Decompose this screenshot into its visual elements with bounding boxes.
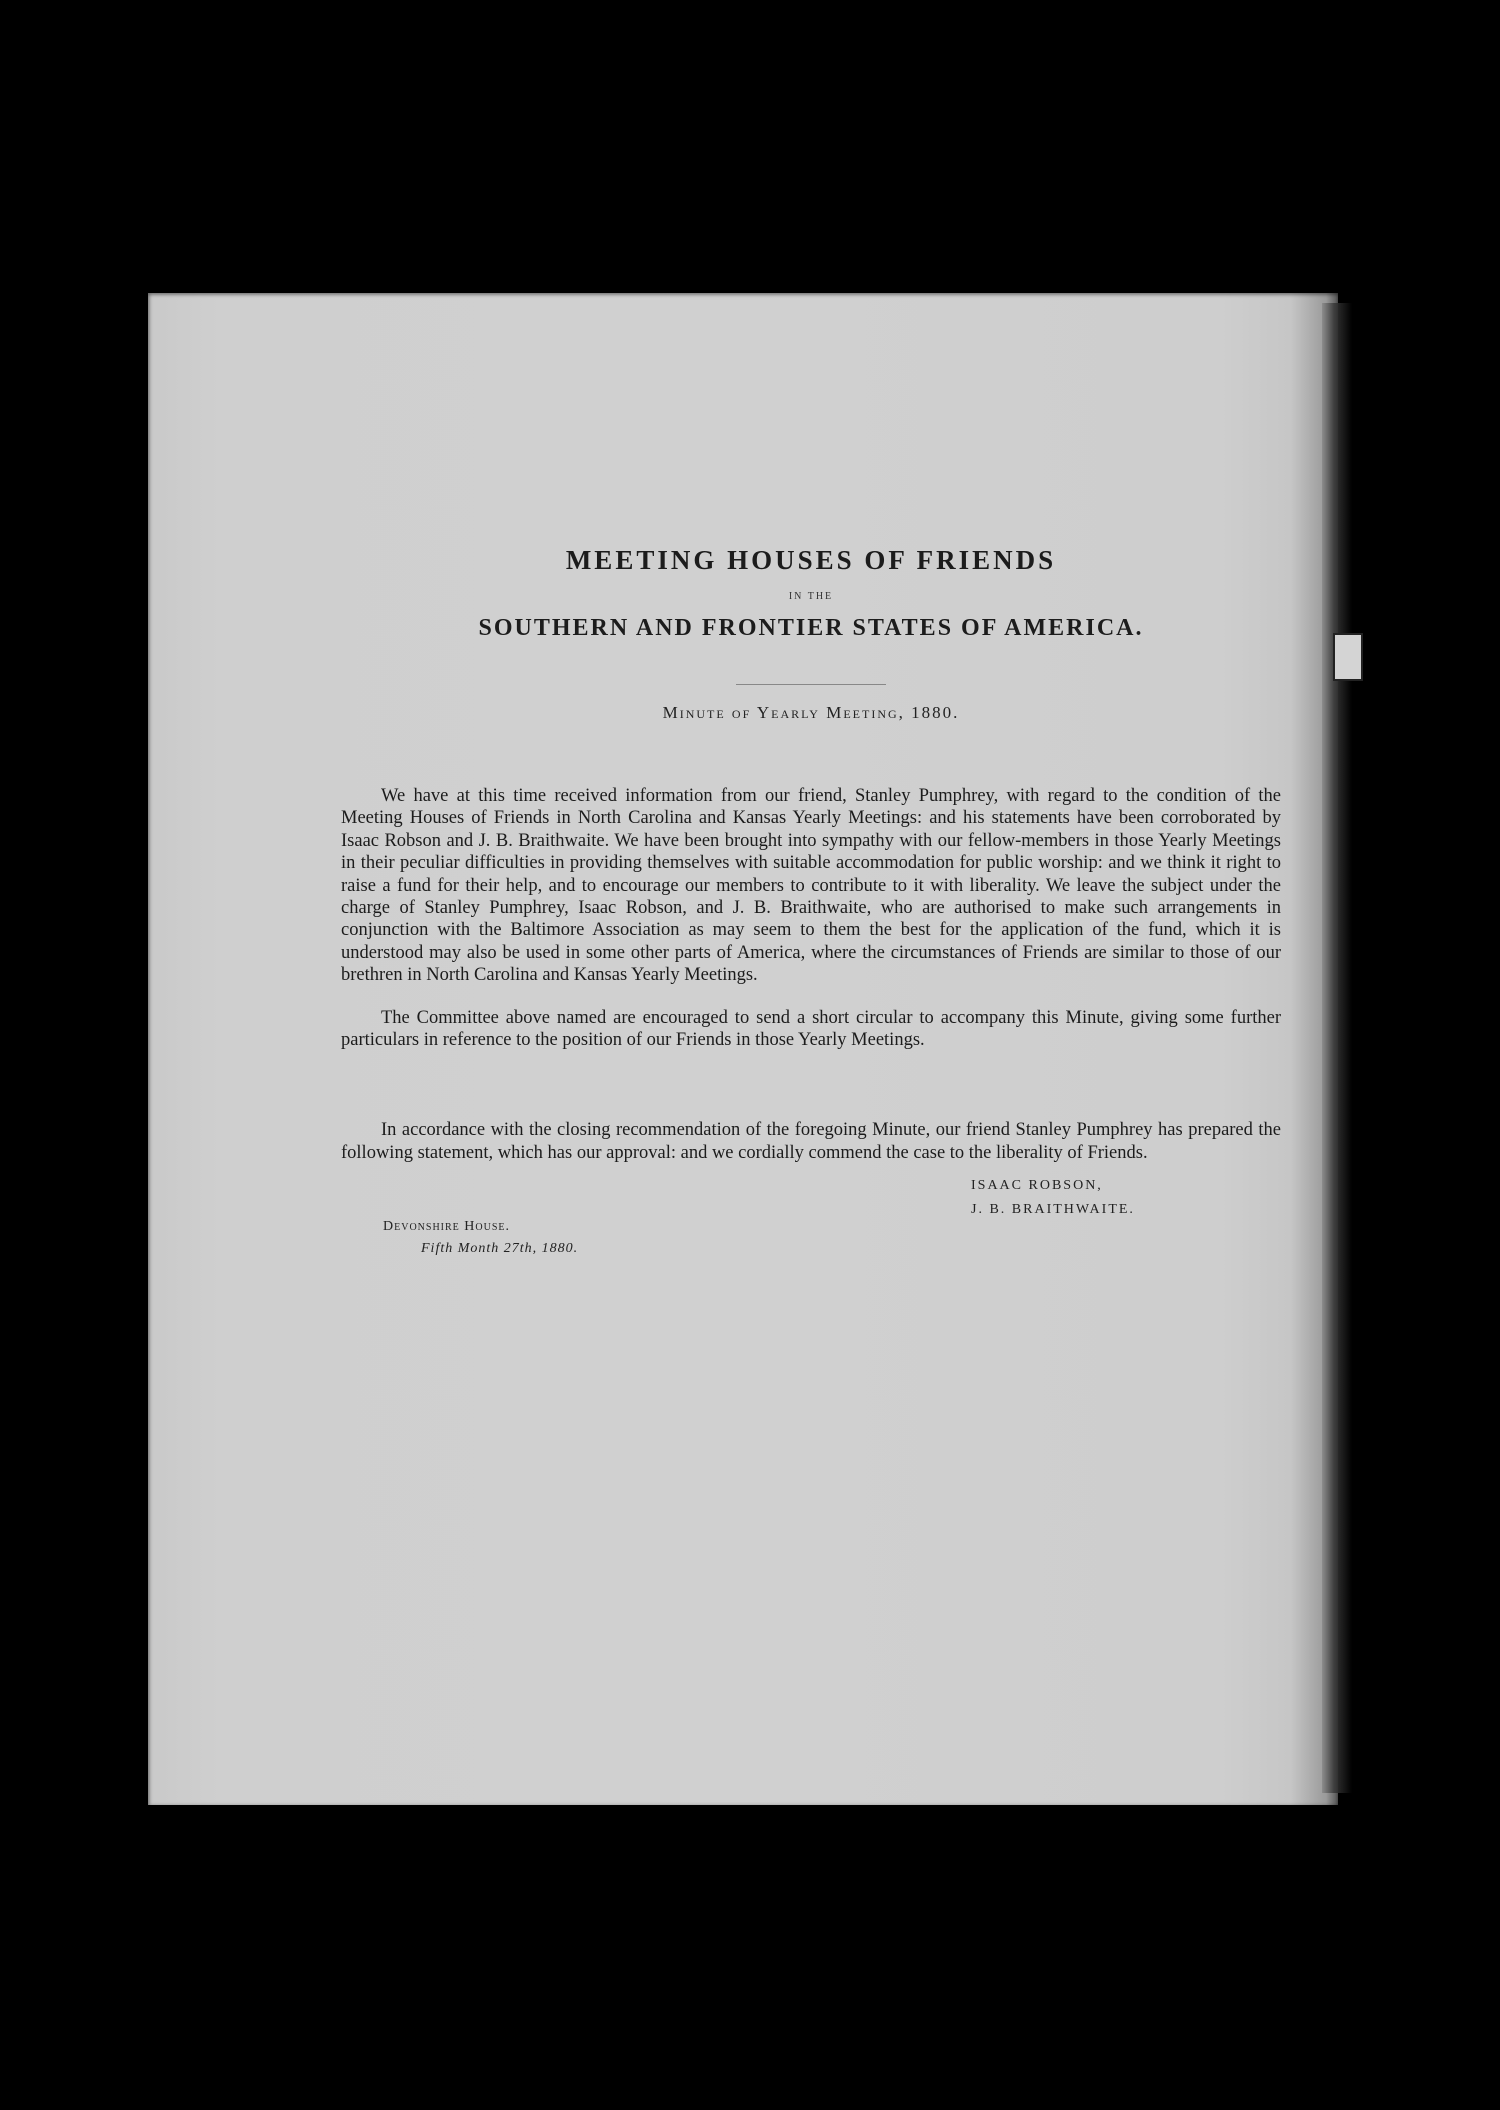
title-connector: IN THE	[341, 591, 1281, 602]
signature-robson: ISAAC ROBSON,	[971, 1174, 1281, 1198]
dateline-place: Devonshire House.	[383, 1216, 1281, 1238]
dateline-date: Fifth Month 27th, 1880.	[421, 1238, 1281, 1260]
document-subtitle: SOUTHERN AND FRONTIER STATES OF AMERICA.	[341, 612, 1281, 644]
page-binding-tab	[1333, 633, 1363, 681]
page-torn-edge	[1322, 303, 1352, 1793]
signature-block: ISAAC ROBSON, J. B. BRAITHWAITE.	[971, 1174, 1281, 1222]
document-page: MEETING HOUSES OF FRIENDS IN THE SOUTHER…	[148, 293, 1338, 1805]
paragraph-accordance: In accordance with the closing recommend…	[341, 1119, 1281, 1164]
paragraph-committee: The Committee above named are encouraged…	[341, 1007, 1281, 1052]
document-title: MEETING HOUSES OF FRIENDS	[341, 543, 1281, 577]
minute-heading: Minute of Yearly Meeting, 1880.	[341, 703, 1281, 723]
dateline: Devonshire House. Fifth Month 27th, 1880…	[383, 1216, 1281, 1260]
title-divider	[736, 684, 886, 685]
paragraph-minute: We have at this time received informatio…	[341, 785, 1281, 987]
scan-background: MEETING HOUSES OF FRIENDS IN THE SOUTHER…	[0, 0, 1500, 2110]
document-content: MEETING HOUSES OF FRIENDS IN THE SOUTHER…	[341, 543, 1281, 1260]
